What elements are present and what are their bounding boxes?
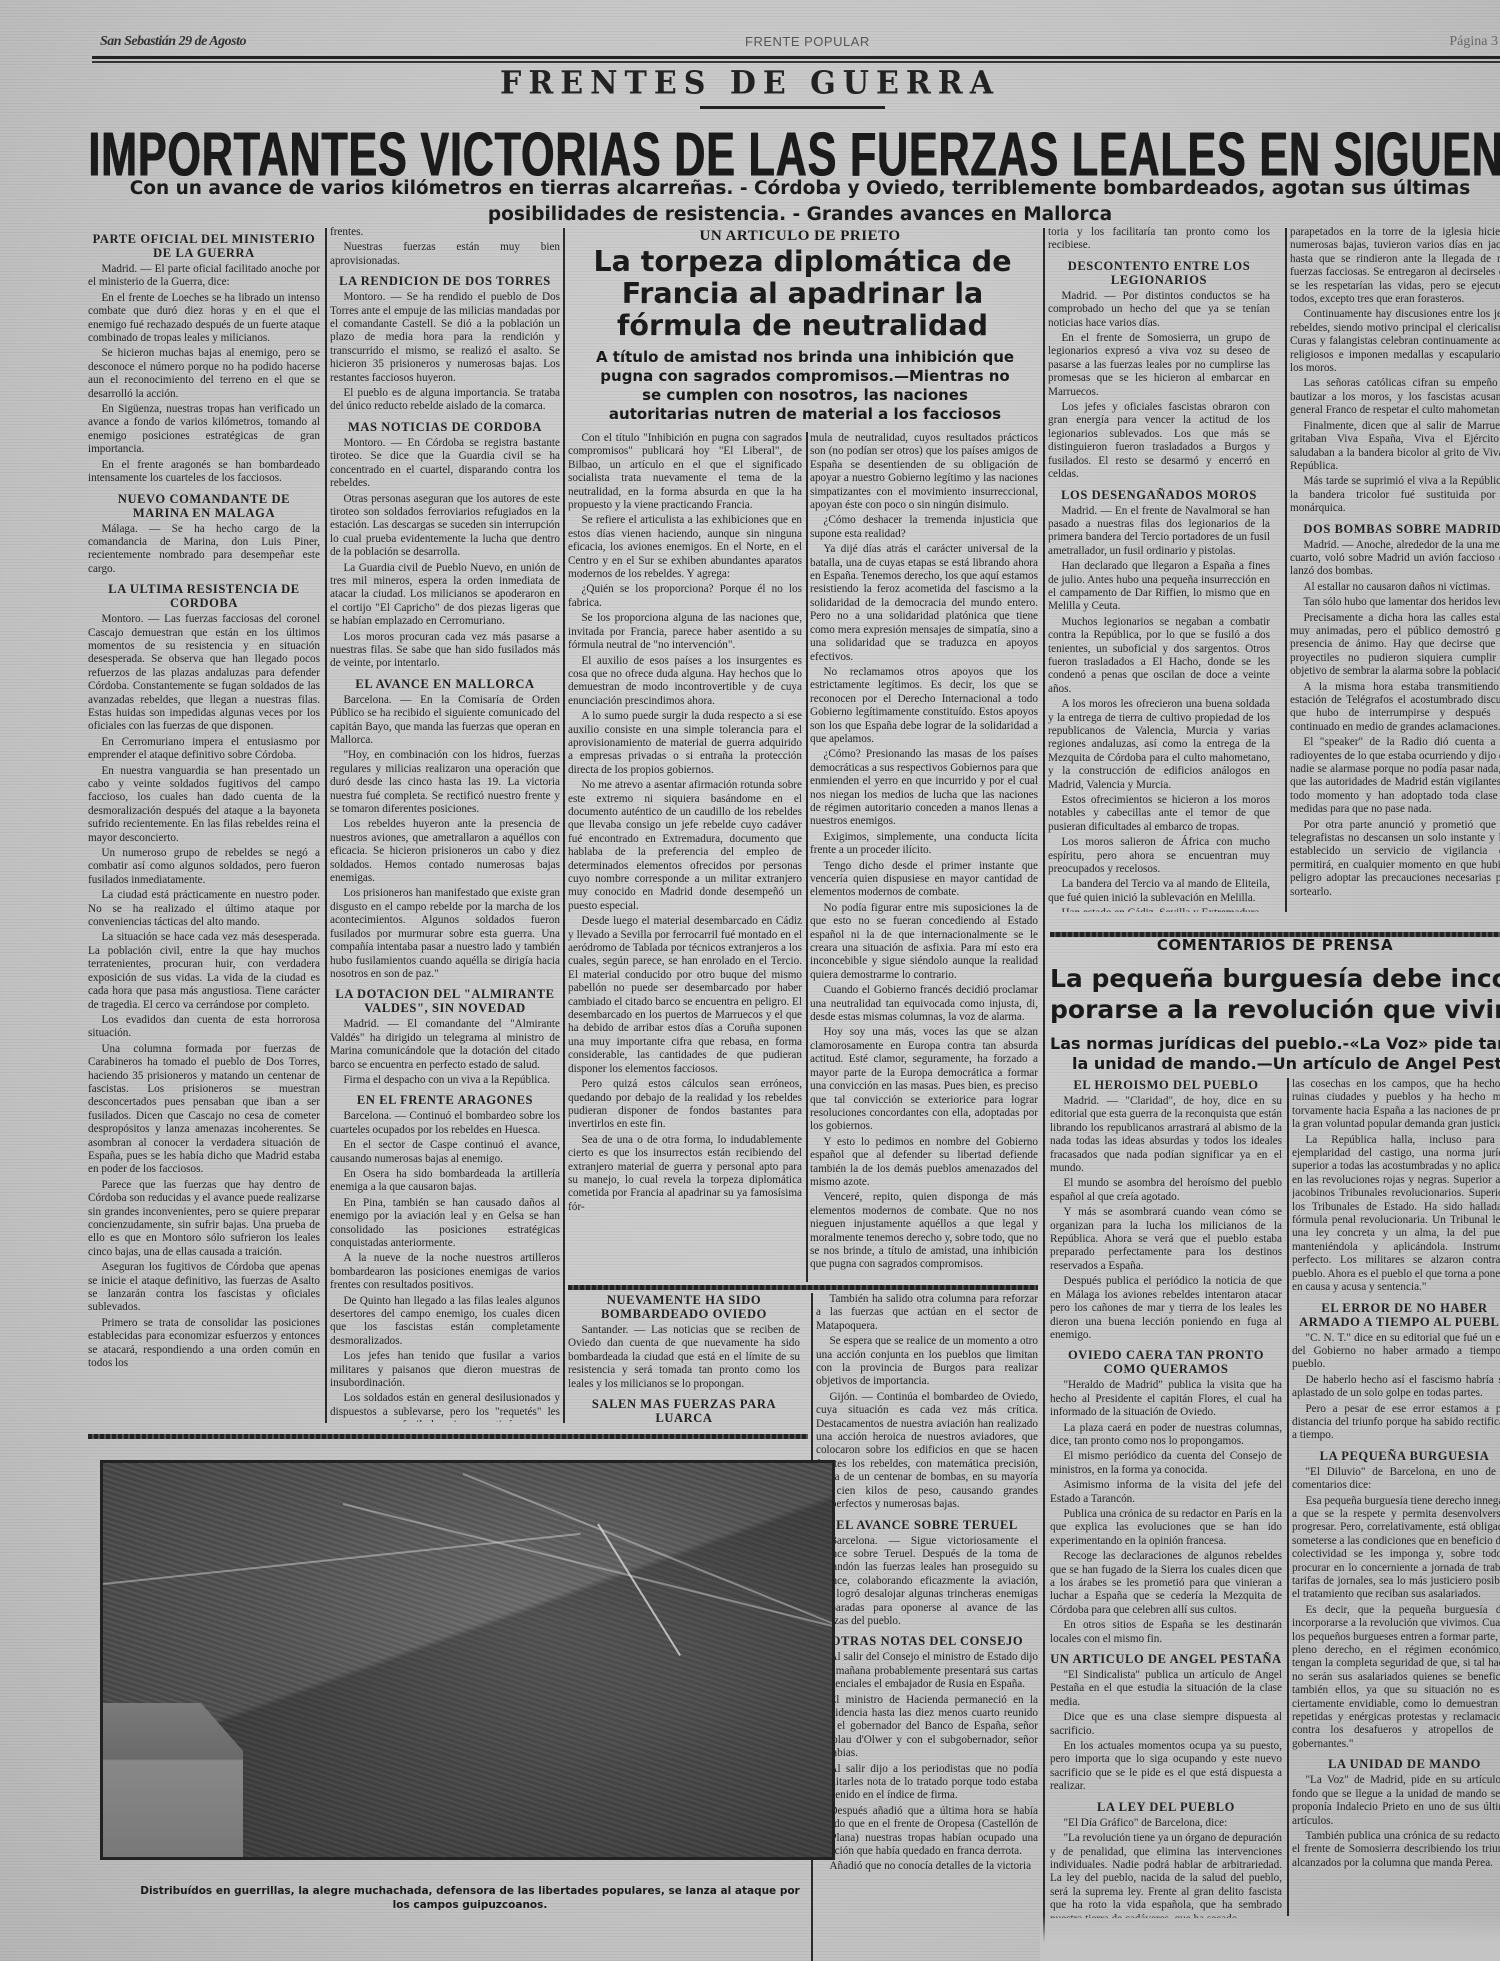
- subheadline: Con un avance de varios kilómetros en ti…: [110, 176, 1490, 228]
- article-paragraph: En el sector de Caspe continuó el avance…: [330, 1139, 560, 1166]
- article-paragraph: Firma el despacho con un viva a la Repúb…: [330, 1074, 560, 1087]
- article-paragraph: Madrid. — El comandante del "Almirante V…: [330, 1018, 560, 1072]
- article-paragraph: "El Sindicalista" publica un artículo de…: [1050, 1669, 1282, 1709]
- folio-date: San Sebastián 29 de Agosto: [100, 34, 246, 50]
- press-headline-line: porarse a la revolución que vivim: [1050, 994, 1500, 1025]
- section-divider: [568, 1285, 1038, 1290]
- news-photograph: [100, 1460, 835, 1860]
- article-paragraph: En el frente de Loeches se ha librado un…: [88, 292, 320, 346]
- press-column-b: las cosechas en los campos, que ha hecho…: [1292, 1078, 1500, 1918]
- article-paragraph: Gijón. — Continúa el bombardeo de Oviedo…: [816, 1391, 1038, 1512]
- article-paragraph: Muchos legionarios se negaban a combatir…: [1048, 616, 1270, 696]
- article-paragraph: Han declarado que llegaron a España a fi…: [1048, 560, 1270, 614]
- press-deck-line: la unidad de mando.—Un artículo de Angel…: [1050, 1054, 1500, 1074]
- article-paragraph: También publica una crónica de su redact…: [1292, 1830, 1500, 1870]
- column-divider: [806, 432, 808, 1282]
- article-paragraph: ¿Cómo deshacer la tremenda injusticia qu…: [810, 514, 1038, 541]
- prieto-kicker: UN ARTICULO DE PRIETO: [565, 228, 1035, 245]
- oviedo-column-a: NUEVAMENTE HA SIDO BOMBARDEADO OVIEDO Sa…: [568, 1293, 800, 1423]
- article-paragraph: Se refiere el articulista a las exhibici…: [568, 514, 802, 581]
- article-paragraph: Precisamente a dicha hora las calles est…: [1290, 612, 1500, 679]
- article-paragraph: Los evadidos dan cuenta de esta horroros…: [88, 1014, 320, 1041]
- article-paragraph: En Osera ha sido bombardeada la artiller…: [330, 1168, 560, 1195]
- article-paragraph: Montoro. — Las fuerzas facciosas del cor…: [88, 613, 320, 734]
- article-paragraph: Es decir, que la pequeña burguesía debe …: [1292, 1604, 1500, 1751]
- article-paragraph: La bandera del Tercio va al mando de Eli…: [1048, 878, 1270, 905]
- article-paragraph: Después añadió que a última hora se habí…: [816, 1805, 1038, 1859]
- photo-building: [103, 1703, 243, 1860]
- article-paragraph: Las señoras católicas cifran su empeño e…: [1290, 377, 1500, 417]
- column-divider: [1043, 228, 1045, 1961]
- article-paragraph: Dice que es una clase siempre dispuesta …: [1050, 1711, 1282, 1738]
- section-rule: [700, 106, 885, 109]
- press-column-a: EL HEROISMO DEL PUEBLO Madrid. — "Clarid…: [1050, 1078, 1282, 1918]
- article-paragraph: El "speaker" de la Radio dió cuenta a lo…: [1290, 736, 1500, 816]
- section-divider: [88, 1434, 808, 1439]
- article-heading: PARTE OFICIAL DEL MINISTERIO DE LA GUERR…: [88, 232, 320, 260]
- article-paragraph: Finalmente, dicen que al salir de Marrue…: [1290, 420, 1500, 474]
- article-paragraph: A lo sumo puede surgir la duda respecto …: [568, 710, 802, 777]
- article-paragraph: Pero quizá estos cálculos sean erróneos,…: [568, 1078, 802, 1132]
- article-paragraph: En el frente aragonés se han bombardeado…: [88, 459, 320, 486]
- prieto-headline: La torpeza diplomática de Francia al apa…: [565, 246, 1040, 342]
- article-paragraph: Al salir dijo a los periodistas que no p…: [816, 1763, 1038, 1803]
- article-paragraph: Málaga. — Se ha hecho cargo de la comand…: [88, 523, 320, 577]
- article-paragraph: Montoro. — Se ha rendido el pueblo de Do…: [330, 291, 560, 385]
- article-paragraph: Una columna formada por fuerzas de Carab…: [88, 1043, 320, 1177]
- article-paragraph: Y esto lo pedimos en nombre del Gobierno…: [810, 1136, 1038, 1190]
- article-paragraph: "Hoy, en combinación con los hidros, fue…: [330, 749, 560, 816]
- article-paragraph: Se espera que se realice de un momento a…: [816, 1335, 1038, 1389]
- article-paragraph: Tengo dicho desde el primer instante que…: [810, 860, 1038, 900]
- article-paragraph: El auxilio de esos países a los insurgen…: [568, 655, 802, 709]
- column-divider: [563, 228, 565, 1423]
- article-heading: EL HEROISMO DEL PUEBLO: [1050, 1078, 1282, 1092]
- article-heading: LA LEY DEL PUEBLO: [1050, 1800, 1282, 1814]
- article-paragraph: En nuestra vanguardia se han presentado …: [88, 765, 320, 845]
- article-paragraph: Con el título "Inhibición en pugna con s…: [568, 432, 802, 512]
- article-paragraph: En los actuales momentos ocupa ya su pue…: [1050, 1740, 1282, 1794]
- article-paragraph: Por otra parte anunció y prometió que la…: [1290, 819, 1500, 899]
- section-title: FRENTES DE GUERRA: [0, 65, 1500, 102]
- article-paragraph: Parece que las fuerzas que hay dentro de…: [88, 1179, 320, 1259]
- column-1: PARTE OFICIAL DEL MINISTERIO DE LA GUERR…: [88, 226, 320, 1422]
- article-paragraph: La República halla, incluso para la ejem…: [1292, 1134, 1500, 1295]
- article-heading: DOS BOMBAS SOBRE MADRID: [1290, 522, 1500, 536]
- article-heading: EL AVANCE EN MALLORCA: [330, 677, 560, 691]
- newspaper-page: San Sebastián 29 de Agosto FRENTE POPULA…: [0, 0, 1500, 1961]
- article-paragraph: En otros sitios de España se les destina…: [1050, 1619, 1282, 1646]
- article-paragraph: Primero se trata de consolidar las posic…: [88, 1317, 320, 1371]
- article-paragraph: "C. N. T." dice en su editorial que fué …: [1292, 1332, 1500, 1372]
- article-heading: EL ERROR DE NO HABER ARMADO A TIEMPO AL …: [1292, 1301, 1500, 1329]
- column-divider: [325, 228, 327, 1423]
- press-deck: Las normas jurídicas del pueblo.-«La Voz…: [1050, 1034, 1500, 1074]
- article-paragraph: ¿Quién se los proporciona? Porque él no …: [568, 583, 802, 610]
- article-paragraph: Se hicieron muchas bajas al enemigo, per…: [88, 347, 320, 401]
- article-heading: DESCONTENTO ENTRE LOS LEGIONARIOS: [1048, 259, 1270, 287]
- article-paragraph: Los soldados están en general desilusion…: [330, 1392, 560, 1422]
- press-kicker: COMENTARIOS DE PRENSA: [1055, 936, 1495, 954]
- article-paragraph: Los jefes y oficiales fascistas obraron …: [1048, 401, 1270, 481]
- article-paragraph: Desde luego el material desembarcado en …: [568, 915, 802, 1076]
- article-paragraph: toria y los facilitaría tan pronto como …: [1048, 226, 1270, 253]
- article-paragraph: "La Voz" de Madrid, pide en su artículo …: [1292, 1774, 1500, 1828]
- prieto-column-b: mula de neutralidad, cuyos resultados pr…: [810, 432, 1038, 1282]
- press-headline: La pequeña burguesía debe inco porarse a…: [1050, 963, 1500, 1025]
- article-heading: NUEVAMENTE HA SIDO BOMBARDEADO OVIEDO: [568, 1293, 800, 1321]
- article-heading: OVIEDO CAERA TAN PRONTO COMO QUERAMOS: [1050, 1348, 1282, 1376]
- article-paragraph: Nuestras fuerzas están muy bien aprovisi…: [330, 241, 560, 268]
- article-paragraph: Más tarde se suprimió el viva a la Repúb…: [1290, 475, 1500, 515]
- article-paragraph: Después publica el periódico la noticia …: [1050, 1275, 1282, 1342]
- article-paragraph: Continuamente hay discusiones entre los …: [1290, 308, 1500, 375]
- article-paragraph: En Sigüenza, nuestras tropas han verific…: [88, 403, 320, 457]
- article-paragraph: mula de neutralidad, cuyos resultados pr…: [810, 432, 1038, 512]
- article-heading: EL AVANCE SOBRE TERUEL: [816, 1518, 1038, 1532]
- oviedo-column-b: También ha salido otra columna para refo…: [816, 1293, 1038, 1961]
- article-paragraph: Publica una crónica de su redactor en Pa…: [1050, 1508, 1282, 1548]
- article-paragraph: De Quinto han llegado a las filas leales…: [330, 1295, 560, 1349]
- article-paragraph: Recoge las declaraciones de algunos rebe…: [1050, 1550, 1282, 1617]
- article-paragraph: Han estado en Cádiz, Sevilla y Extremadu…: [1048, 907, 1270, 912]
- prieto-column-a: Con el título "Inhibición en pugna con s…: [568, 432, 802, 1282]
- article-paragraph: frentes.: [330, 226, 560, 239]
- article-heading: LA UNIDAD DE MANDO: [1292, 1757, 1500, 1771]
- article-paragraph: Barcelona. — Continuó el bombardeo sobre…: [330, 1110, 560, 1137]
- article-paragraph: Los moros procuran cada vez más pasarse …: [330, 631, 560, 671]
- article-paragraph: Esa pequeña burguesía tiene derecho inne…: [1292, 1495, 1500, 1602]
- article-heading: LA DOTACION DEL "ALMIRANTE VALDES", SIN …: [330, 987, 560, 1015]
- article-paragraph: Montoro. — En Córdoba se registra bastan…: [330, 437, 560, 491]
- article-paragraph: No podía figurar entre mis suposiciones …: [810, 902, 1038, 982]
- article-paragraph: Madrid. — En el frente de Navalmoral se …: [1048, 505, 1270, 559]
- article-paragraph: "La revolución tiene ya un órgano de dep…: [1050, 1832, 1282, 1918]
- folio-page-number: Página 3: [1449, 34, 1498, 50]
- article-paragraph: Los moros salieron de África con mucho e…: [1048, 836, 1270, 876]
- article-paragraph: A la nueve de la noche nuestros artiller…: [330, 1252, 560, 1292]
- article-paragraph: En Cerromuriano impera el entusiasmo por…: [88, 736, 320, 763]
- article-paragraph: "Heraldo de Madrid" publica la visita qu…: [1050, 1379, 1282, 1419]
- prieto-deck: A título de amistad nos brinda una inhib…: [590, 348, 1020, 424]
- column-6: parapetados en la torre de la iglesia hi…: [1290, 226, 1500, 912]
- article-heading: EN EL FRENTE ARAGONES: [330, 1093, 560, 1107]
- article-paragraph: A los moros les ofrecieron una buena sol…: [1048, 698, 1270, 792]
- article-paragraph: Tan sólo hubo que lamentar dos heridos l…: [1290, 596, 1500, 609]
- article-paragraph: las cosechas en los campos, que ha hecho…: [1292, 1078, 1500, 1132]
- article-paragraph: El mismo periódico da cuenta del Consejo…: [1050, 1450, 1282, 1477]
- article-paragraph: Exigimos, simplemente, una conducta líci…: [810, 831, 1038, 858]
- folio-line: San Sebastián 29 de Agosto FRENTE POPULA…: [100, 30, 1500, 52]
- article-paragraph: ¿Cómo? Presionando las masas de los país…: [810, 748, 1038, 828]
- article-paragraph: Hoy soy una más, voces las que se alzan …: [810, 1026, 1038, 1133]
- article-paragraph: Al salir del Consejo el ministro de Esta…: [816, 1651, 1038, 1691]
- article-paragraph: Estos ofrecimientos se hicieron a los mo…: [1048, 794, 1270, 834]
- column-2: frentes. Nuestras fuerzas están muy bien…: [330, 226, 560, 1422]
- article-paragraph: Otras personas aseguran que los autores …: [330, 493, 560, 560]
- article-paragraph: El mundo se asombra del heroísmo del pue…: [1050, 1177, 1282, 1204]
- article-paragraph: Añadió que no conocía detalles de la vic…: [816, 1860, 1038, 1873]
- article-paragraph: Venceré, repito, quien disponga de más e…: [810, 1191, 1038, 1271]
- article-paragraph: El pueblo es de alguna importancia. Se t…: [330, 387, 560, 414]
- article-heading: UN ARTICULO DE ANGEL PESTAÑA: [1050, 1652, 1282, 1666]
- column-divider: [1287, 1078, 1289, 1916]
- article-paragraph: Barcelona. — En la Comisaría de Orden Pú…: [330, 694, 560, 748]
- article-paragraph: Madrid. — Anoche, alrededor de la una me…: [1290, 539, 1500, 579]
- article-paragraph: En el frente de Somosierra, un grupo de …: [1048, 332, 1270, 399]
- article-paragraph: La plaza caerá en poder de nuestras colu…: [1050, 1422, 1282, 1449]
- column-5: toria y los facilitaría tan pronto como …: [1048, 226, 1270, 912]
- article-heading: SALEN MAS FUERZAS PARA LUARCA: [568, 1397, 800, 1423]
- article-paragraph: No me atrevo a asentar afirmación rotund…: [568, 779, 802, 913]
- article-paragraph: "El Día Gráfico" de Barcelona, dice:: [1050, 1817, 1282, 1830]
- article-paragraph: Madrid. — Por distintos conductos se ha …: [1048, 290, 1270, 330]
- article-paragraph: A la misma hora estaba transmitiendo la …: [1290, 681, 1500, 735]
- article-paragraph: También ha salido otra columna para refo…: [816, 1293, 1038, 1333]
- article-paragraph: Madrid. — El parte oficial facilitado an…: [88, 263, 320, 290]
- article-heading: LA ULTIMA RESISTENCIA DE CORDOBA: [88, 582, 320, 610]
- article-heading: LA RENDICION DE DOS TORRES: [330, 274, 560, 288]
- article-heading: OTRAS NOTAS DEL CONSEJO: [816, 1634, 1038, 1648]
- article-heading: MAS NOTICIAS DE CORDOBA: [330, 420, 560, 434]
- photo-caption: Distribuídos en guerrillas, la alegre mu…: [130, 1884, 810, 1912]
- masthead-rule: [92, 56, 1500, 63]
- article-paragraph: Al estallar no causaron daños ni víctima…: [1290, 581, 1500, 594]
- article-paragraph: No reclamamos otros apoyos que los estri…: [810, 666, 1038, 746]
- article-paragraph: Santander. — Las noticias que se reciben…: [568, 1324, 800, 1391]
- article-paragraph: Ya dijé días atrás el carácter universal…: [810, 543, 1038, 664]
- paper-edge-fade: [1040, 1915, 1500, 1961]
- article-paragraph: En Pina, también se han causado daños al…: [330, 1197, 560, 1251]
- article-paragraph: Y más se asombrará cuando vean cómo se o…: [1050, 1206, 1282, 1273]
- article-paragraph: Cuando el Gobierno francés decidió procl…: [810, 984, 1038, 1024]
- article-paragraph: Pero a pesar de ese error estamos a poca…: [1292, 1403, 1500, 1443]
- article-paragraph: Los prisioneros han manifestado que exis…: [330, 887, 560, 981]
- article-paragraph: Sea de una o de otra forma, lo indudable…: [568, 1134, 802, 1214]
- press-headline-line: La pequeña burguesía debe inco: [1050, 963, 1500, 994]
- photo-hill-ridge: [343, 1503, 835, 1631]
- press-deck-line: Las normas jurídicas del pueblo.-«La Voz…: [1050, 1034, 1500, 1054]
- article-paragraph: Madrid. — "Claridad", de hoy, dice en su…: [1050, 1095, 1282, 1175]
- article-paragraph: De haberlo hecho así el fascismo habría …: [1292, 1374, 1500, 1401]
- article-paragraph: Los rebeldes huyeron ante la presencia d…: [330, 818, 560, 885]
- article-paragraph: La ciudad está prácticamente en nuestro …: [88, 889, 320, 929]
- article-paragraph: parapetados en la torre de la iglesia hi…: [1290, 226, 1500, 306]
- article-heading: NUEVO COMANDANTE DE MARINA EN MALAGA: [88, 492, 320, 520]
- article-heading: LOS DESENGAÑADOS MOROS: [1048, 488, 1270, 502]
- article-paragraph: Se los proporciona alguna de las nacione…: [568, 612, 802, 652]
- article-paragraph: El ministro de Hacienda permaneció en la…: [816, 1694, 1038, 1761]
- article-paragraph: La Guardia civil de Pueblo Nuevo, en uni…: [330, 562, 560, 629]
- article-paragraph: Los jefes han tenido que fusilar a vario…: [330, 1350, 560, 1390]
- article-paragraph: Asimismo informa de la visita del jefe d…: [1050, 1479, 1282, 1506]
- article-paragraph: Un numeroso grupo de rebeldes se negó a …: [88, 847, 320, 887]
- article-paragraph: Aseguran los fugitivos de Córdoba que ap…: [88, 1261, 320, 1315]
- folio-masthead: FRENTE POPULAR: [745, 34, 870, 49]
- article-paragraph: Barcelona. — Sigue victoriosamente el av…: [816, 1535, 1038, 1629]
- photo-hill-ridge: [103, 1533, 581, 1585]
- article-heading: LA PEQUEÑA BURGUESIA: [1292, 1449, 1500, 1463]
- column-divider: [1285, 228, 1287, 912]
- article-paragraph: "El Diluvio" de Barcelona, en uno de sus…: [1292, 1466, 1500, 1493]
- article-paragraph: La situación se hace cada vez más desesp…: [88, 931, 320, 1011]
